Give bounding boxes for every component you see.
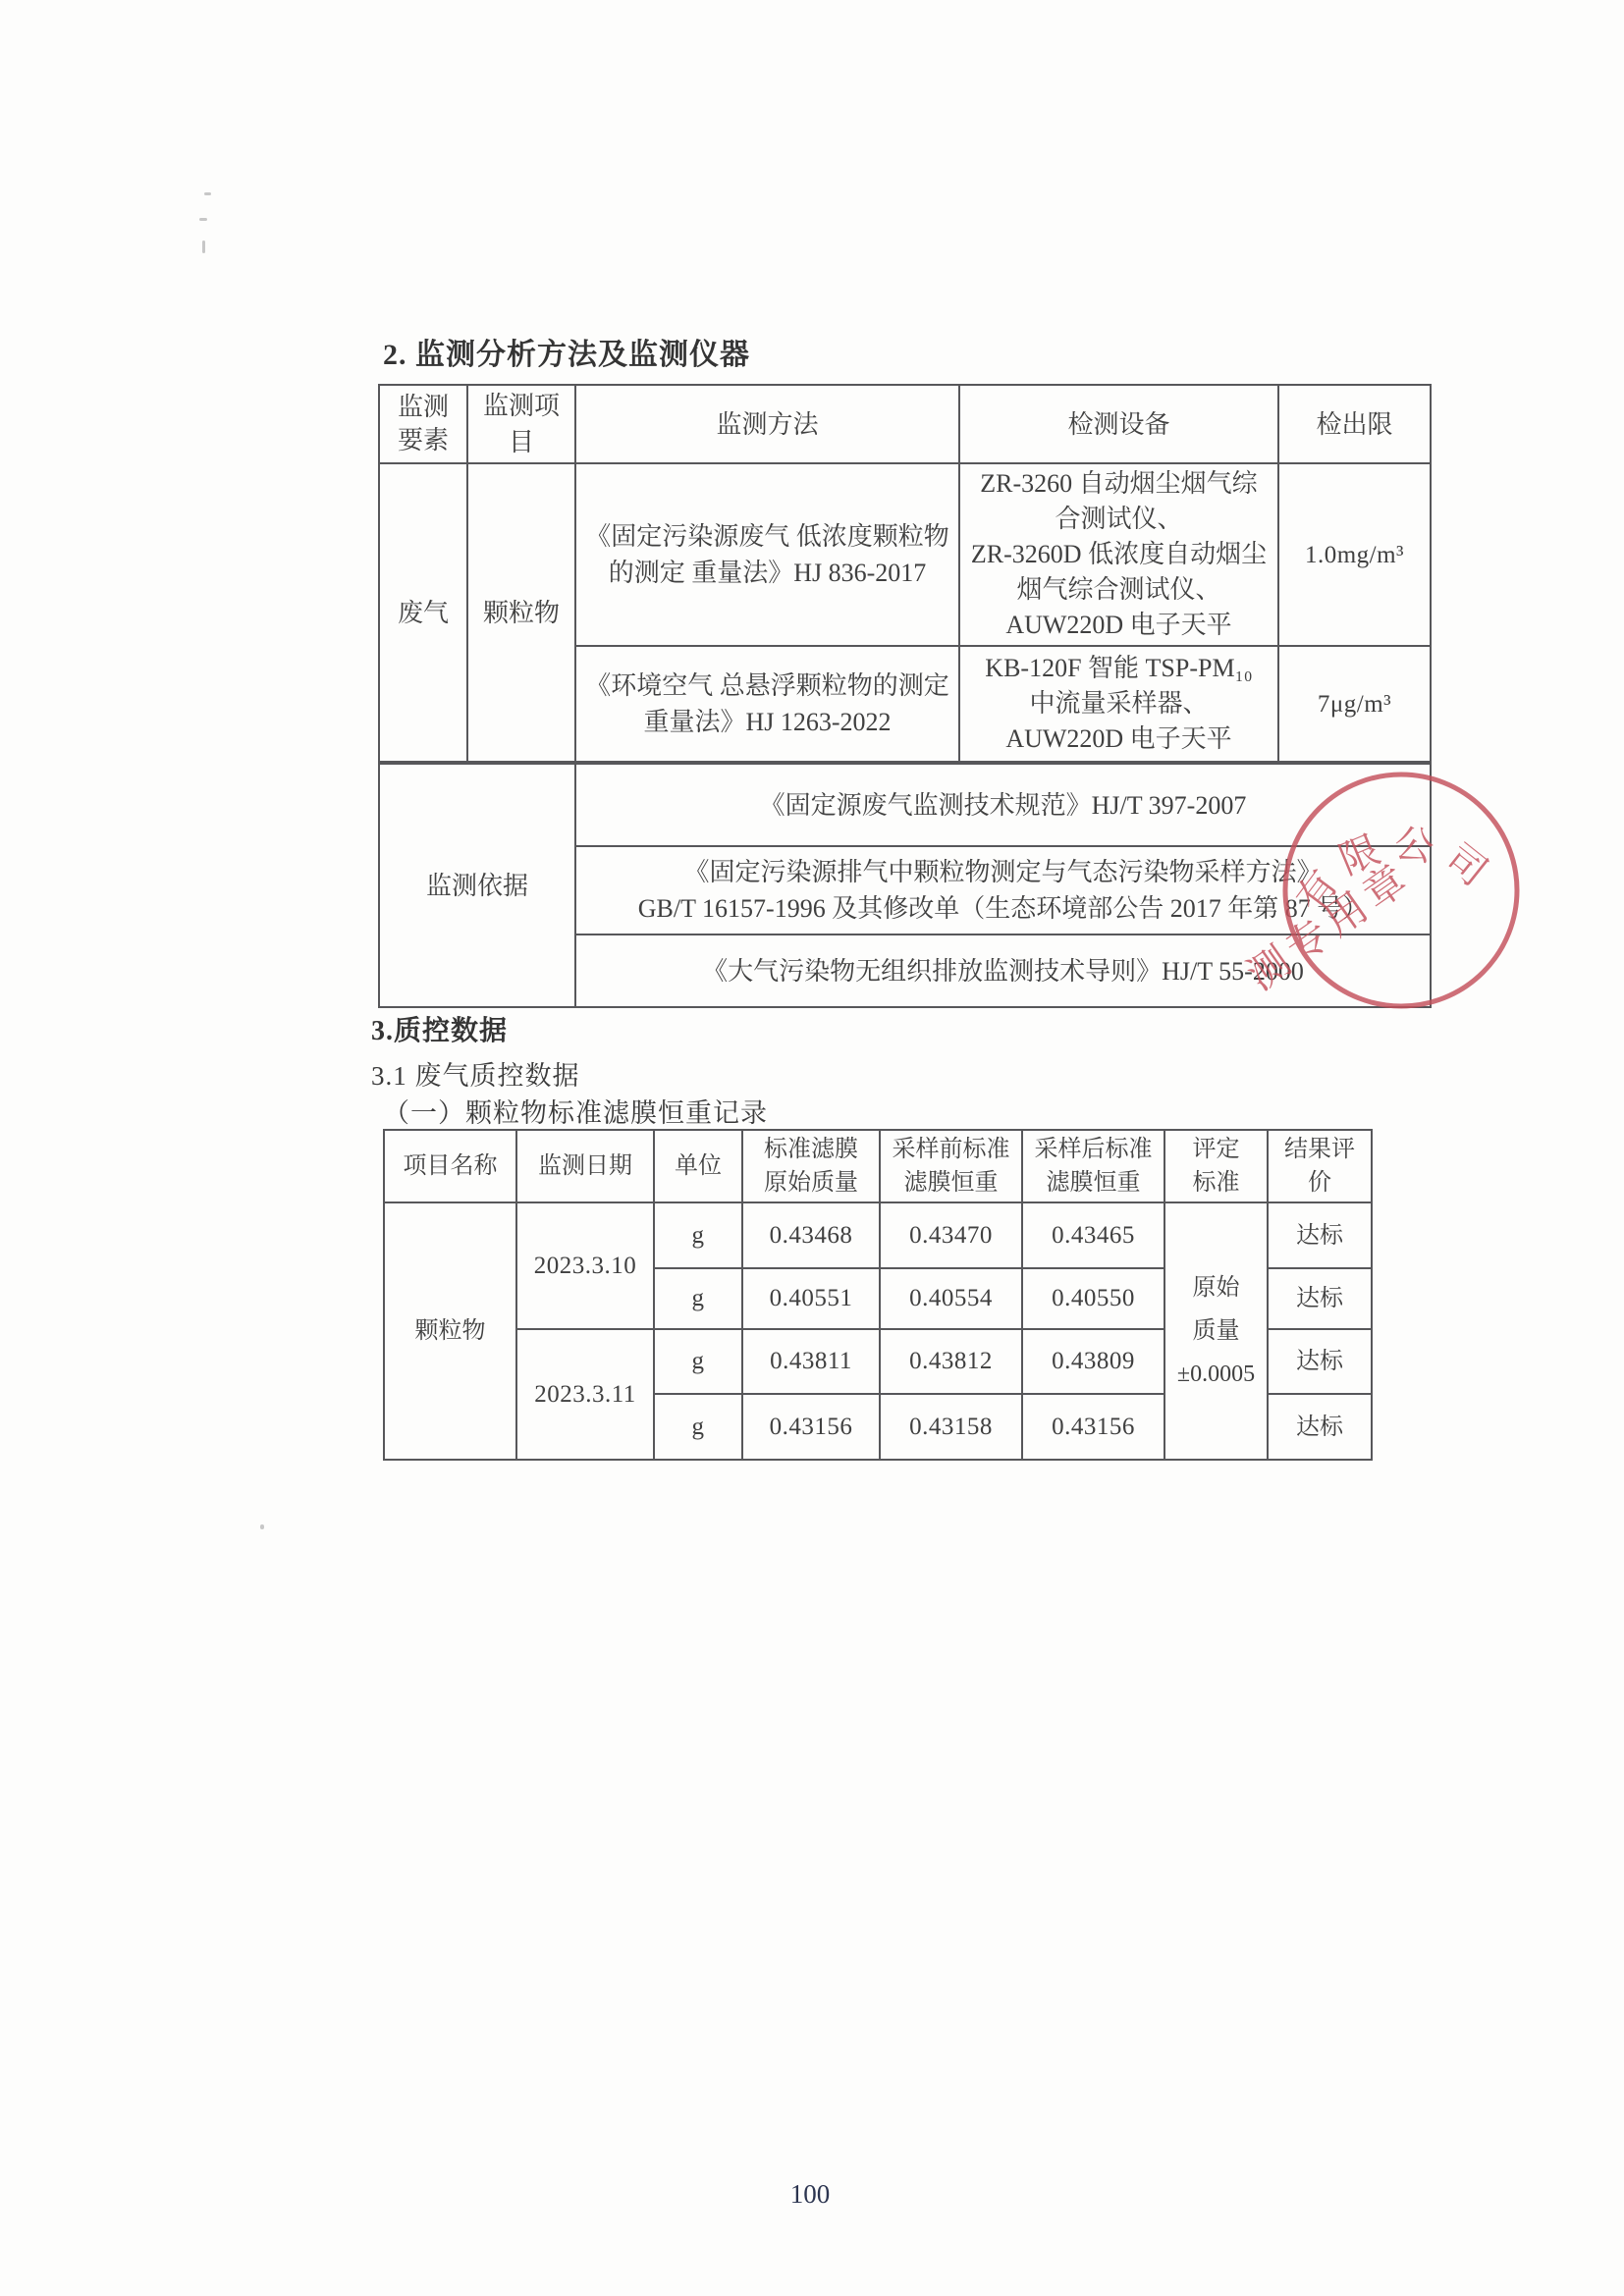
cell-project: 颗粒物 <box>384 1202 516 1460</box>
section-3-1-title: 3.1 废气质控数据 <box>371 1054 580 1093</box>
scan-speck <box>199 218 207 221</box>
table-row: 颗粒物 2023.3.10 g 0.43468 0.43470 0.43465 … <box>384 1202 1372 1268</box>
table-header-row: 项目名称 监测日期 单位 标准滤膜 原始质量 采样前标准 滤膜恒重 采样后标准 … <box>384 1130 1372 1202</box>
cell-mass-pre: 0.43812 <box>880 1329 1022 1394</box>
header-criterion: 评定 标准 <box>1164 1130 1268 1202</box>
cell-unit: g <box>654 1268 742 1329</box>
cell-mass-original: 0.43468 <box>742 1202 880 1268</box>
cell-mass-original: 0.43811 <box>742 1329 880 1394</box>
header-result: 结果评价 <box>1268 1130 1372 1202</box>
cell-mass-pre: 0.43470 <box>880 1202 1022 1268</box>
cell-date-1: 2023.3.10 <box>516 1202 654 1329</box>
monitoring-methods-table: 监测 要素 监测项目 监测方法 检测设备 检出限 废气 颗粒物 《固定污染源废气… <box>378 384 1432 1008</box>
cell-criterion: 原始 质量 ±0.0005 <box>1164 1202 1268 1460</box>
cell-basis-3: 《大气污染物无组织排放监测技术导则》HJ/T 55-2000 <box>575 934 1431 1007</box>
header-unit: 单位 <box>654 1130 742 1202</box>
header-monitoring-element: 监测 要素 <box>379 385 467 463</box>
header-post-sample-weight: 采样后标准 滤膜恒重 <box>1022 1130 1164 1202</box>
cell-result: 达标 <box>1268 1329 1372 1394</box>
header-detection-limit: 检出限 <box>1278 385 1431 463</box>
cell-basis-2: 《固定污染源排气中颗粒物测定与气态污染物采样方法》 GB/T 16157-199… <box>575 846 1431 934</box>
cell-equipment-1: ZR-3260 自动烟尘烟气综合测试仪、 ZR-3260D 低浓度自动烟尘烟气综… <box>959 463 1278 646</box>
scan-speck <box>204 192 211 195</box>
cell-mass-pre: 0.40554 <box>880 1268 1022 1329</box>
header-monitoring-item: 监测项目 <box>467 385 575 463</box>
cell-result: 达标 <box>1268 1202 1372 1268</box>
scan-speck <box>202 240 205 253</box>
section-3-title: 3.质控数据 <box>371 1009 508 1048</box>
cell-method-1: 《固定污染源废气 低浓度颗粒物的测定 重量法》HJ 836-2017 <box>575 463 959 646</box>
cell-result: 达标 <box>1268 1394 1372 1460</box>
section-2-title: 2. 监测分析方法及监测仪器 <box>383 330 750 373</box>
cell-mass-pre: 0.43158 <box>880 1394 1022 1460</box>
cell-unit: g <box>654 1329 742 1394</box>
table-row: 监测依据 《固定源废气监测技术规范》HJ/T 397-2007 <box>379 763 1431 846</box>
cell-mass-original: 0.43156 <box>742 1394 880 1460</box>
cell-equipment-2: KB-120F 智能 TSP-PM₁₀ 中流量采样器、 AUW220D 电子天平 <box>959 646 1278 763</box>
cell-element: 废气 <box>379 463 467 763</box>
cell-mass-post: 0.43156 <box>1022 1394 1164 1460</box>
cell-mass-post: 0.40550 <box>1022 1268 1164 1329</box>
cell-unit: g <box>654 1202 742 1268</box>
cell-date-2: 2023.3.11 <box>516 1329 654 1460</box>
page-number: 100 <box>746 2179 874 2210</box>
header-detection-equipment: 检测设备 <box>959 385 1278 463</box>
cell-method-2: 《环境空气 总悬浮颗粒物的测定 重量法》HJ 1263-2022 <box>575 646 959 763</box>
header-monitoring-method: 监测方法 <box>575 385 959 463</box>
cell-basis-1: 《固定源废气监测技术规范》HJ/T 397-2007 <box>575 763 1431 846</box>
cell-mass-post: 0.43809 <box>1022 1329 1164 1394</box>
scanned-report-page: { "page": { "number": "100" }, "s2": { "… <box>0 0 1624 2296</box>
record-title: （一）颗粒物标准滤膜恒重记录 <box>383 1092 768 1130</box>
header-monitoring-date: 监测日期 <box>516 1130 654 1202</box>
cell-limit-1: 1.0mg/m³ <box>1278 463 1431 646</box>
header-pre-sample-weight: 采样前标准 滤膜恒重 <box>880 1130 1022 1202</box>
table-row: 废气 颗粒物 《固定污染源废气 低浓度颗粒物的测定 重量法》HJ 836-201… <box>379 463 1431 646</box>
cell-mass-original: 0.40551 <box>742 1268 880 1329</box>
table-header-row: 监测 要素 监测项目 监测方法 检测设备 检出限 <box>379 385 1431 463</box>
cell-result: 达标 <box>1268 1268 1372 1329</box>
header-original-mass: 标准滤膜 原始质量 <box>742 1130 880 1202</box>
cell-item: 颗粒物 <box>467 463 575 763</box>
header-project-name: 项目名称 <box>384 1130 516 1202</box>
cell-unit: g <box>654 1394 742 1460</box>
qc-record-table: 项目名称 监测日期 单位 标准滤膜 原始质量 采样前标准 滤膜恒重 采样后标准 … <box>383 1129 1373 1461</box>
cell-basis-label: 监测依据 <box>379 763 575 1007</box>
cell-limit-2: 7μg/m³ <box>1278 646 1431 763</box>
cell-mass-post: 0.43465 <box>1022 1202 1164 1268</box>
scan-speck <box>260 1524 264 1529</box>
